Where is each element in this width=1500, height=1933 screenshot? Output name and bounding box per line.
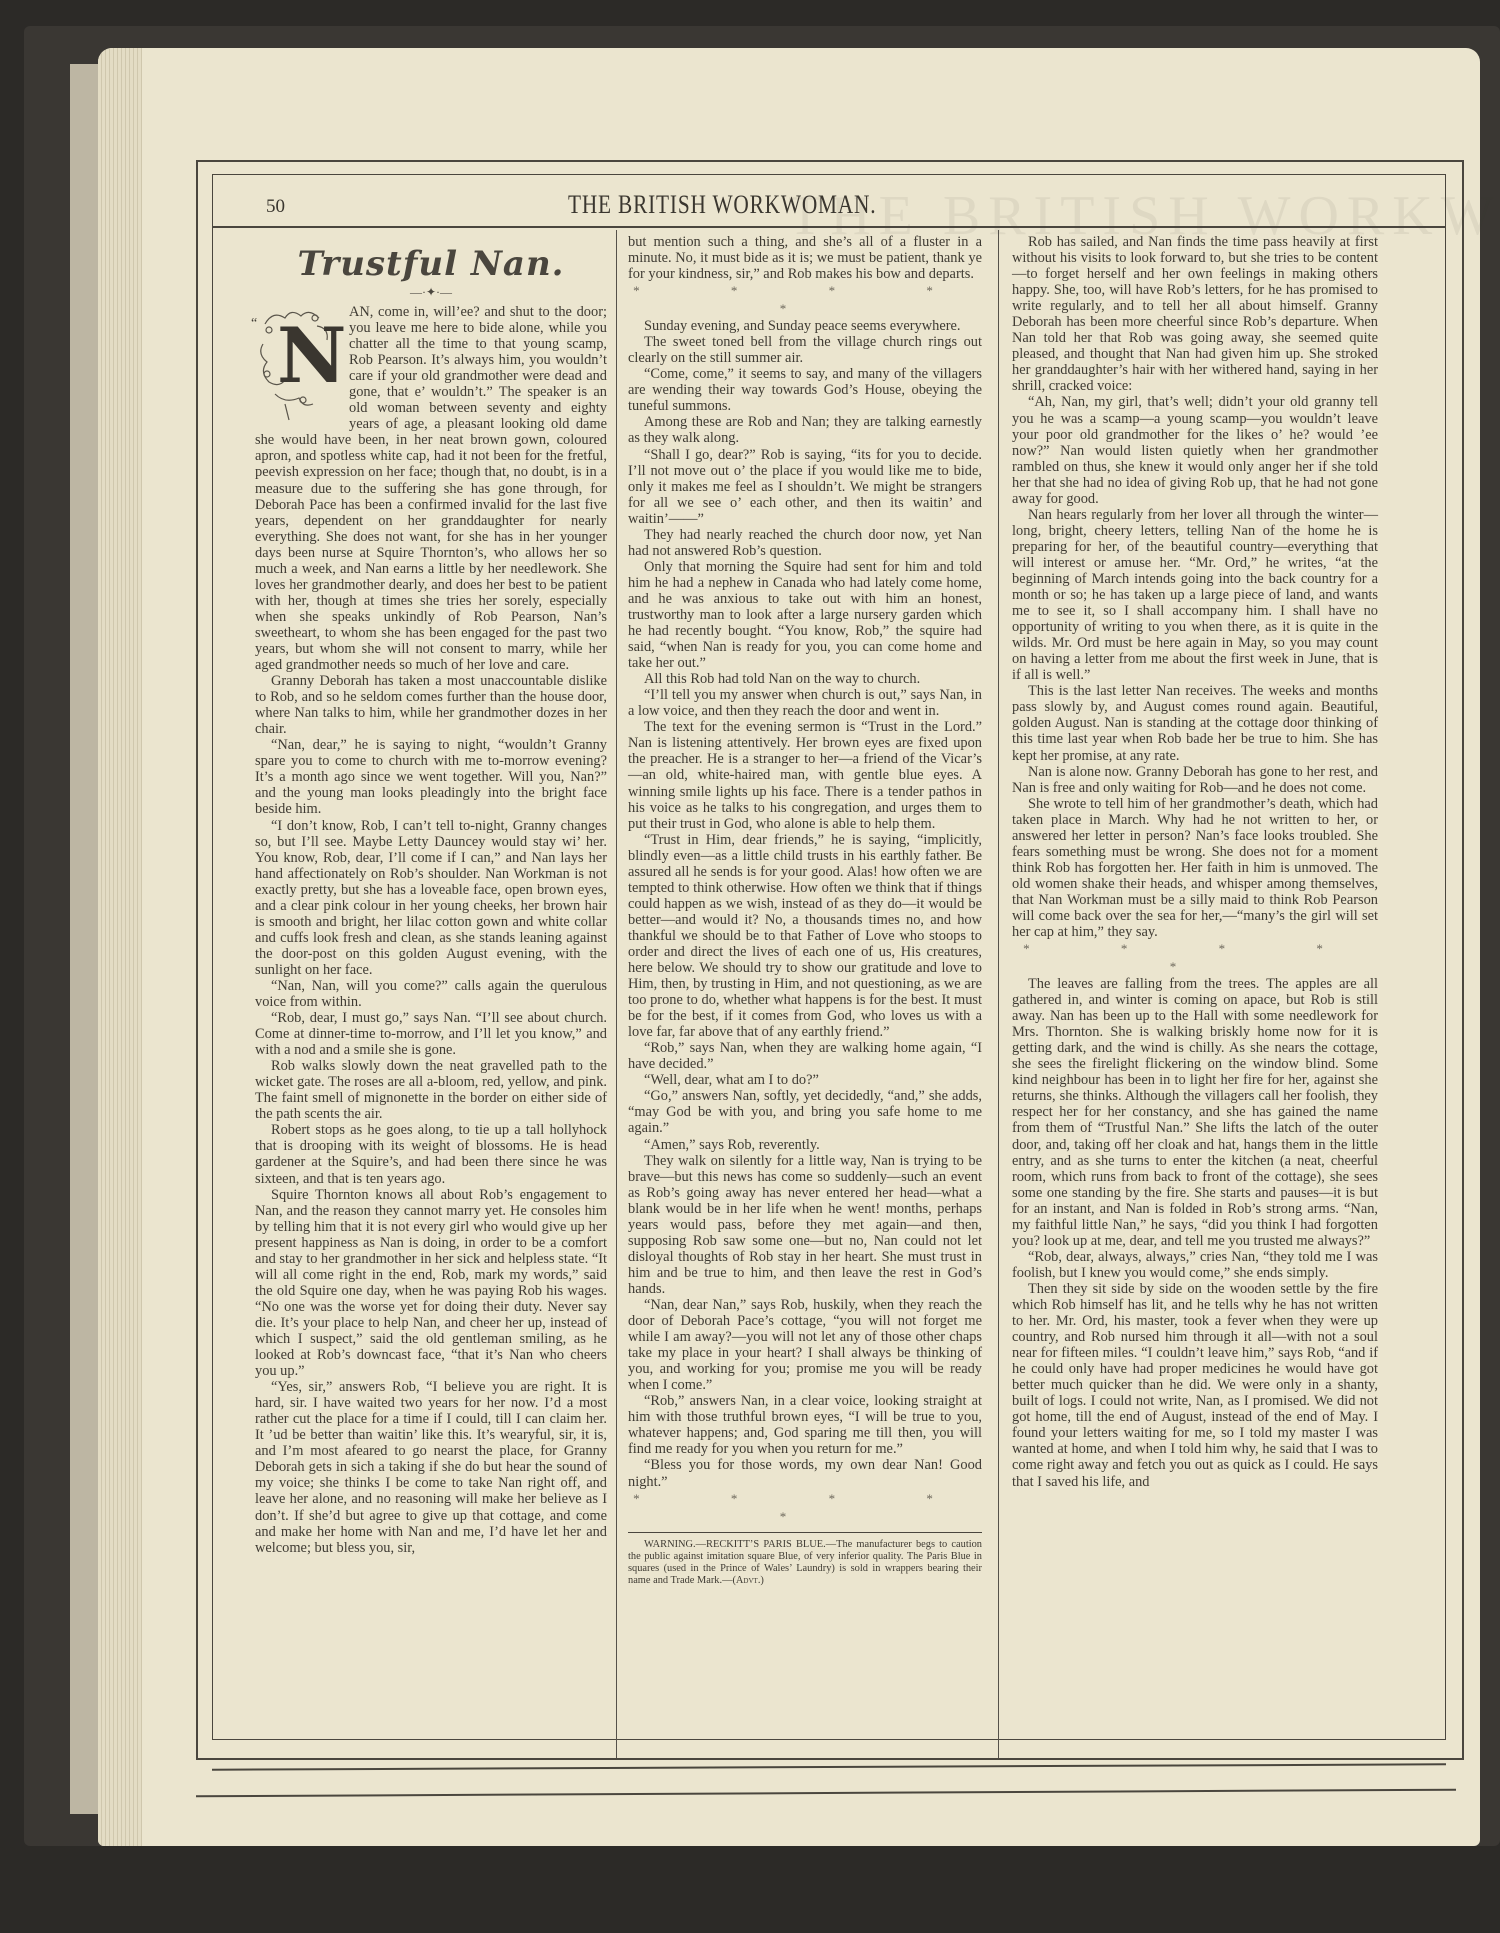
column-divider-1: [616, 230, 617, 1758]
paragraph: “Rob,” answers Nan, in a clear voice, lo…: [628, 1393, 982, 1457]
page-edges: [98, 48, 142, 1846]
column-1: Trustful Nan. —·✦·— “ N AN, come in, wil…: [255, 238, 607, 1556]
section-separator: * * * * *: [628, 1490, 982, 1526]
paragraph: but mention such a thing, and she’s all …: [628, 234, 982, 282]
paragraph: “Amen,” says Rob, reverently.: [628, 1137, 982, 1153]
paragraph: “Nan, dear,” he is saying to night, “wou…: [255, 737, 607, 817]
paragraph: “Rob, dear, I must go,” says Nan. “I’ll …: [255, 1010, 607, 1058]
paragraph: “Well, dear, what am I to do?”: [628, 1072, 982, 1088]
paragraph: Squire Thornton knows all about Rob’s en…: [255, 1187, 607, 1380]
page-number: 50: [266, 196, 285, 218]
paragraph: Robert stops as he goes along, to tie up…: [255, 1122, 607, 1186]
paragraph: “Rob,” says Nan, when they are walking h…: [628, 1040, 982, 1072]
paragraph: “Go,” answers Nan, softly, yet decidedly…: [628, 1088, 982, 1136]
dropcap-letter: N: [277, 318, 346, 394]
ad-tag: (Advt.): [732, 1575, 763, 1586]
paragraph: “Bless you for those words, my own dear …: [628, 1457, 982, 1489]
paragraph: They walk on silently for a little way, …: [628, 1153, 982, 1297]
open-quote: “: [251, 316, 257, 332]
paragraph: Rob walks slowly down the neat gravelled…: [255, 1058, 607, 1122]
paragraph: “Nan, dear Nan,” says Rob, huskily, when…: [628, 1297, 982, 1393]
paragraph: Nan hears regularly from her lover all t…: [1012, 507, 1378, 684]
paragraph: Only that morning the Squire had sent fo…: [628, 559, 982, 671]
paragraph: They had nearly reached the church door …: [628, 527, 982, 559]
paragraph: She wrote to tell him of her grandmother…: [1012, 796, 1378, 940]
paragraph: The sweet toned bell from the village ch…: [628, 334, 982, 366]
paragraph: “Nan, Nan, will you come?” calls again t…: [255, 978, 607, 1010]
column-2: but mention such a thing, and she’s all …: [628, 234, 982, 1587]
paragraph: Granny Deborah has taken a most unaccoun…: [255, 673, 607, 737]
section-separator: * * * * *: [628, 282, 982, 318]
column-divider-2: [998, 230, 999, 1758]
paragraph: Nan is alone now. Granny Deborah has gon…: [1012, 764, 1378, 796]
paragraph: “Come, come,” it seems to say, and many …: [628, 366, 982, 414]
paragraph: Among these are Rob and Nan; they are ta…: [628, 414, 982, 446]
paragraph: Sunday evening, and Sunday peace seems e…: [628, 318, 982, 334]
paragraph: Then they sit side by side on the wooden…: [1012, 1281, 1378, 1490]
article-title: Trustful Nan.: [255, 244, 607, 284]
column-3: Rob has sailed, and Nan finds the time p…: [1012, 234, 1378, 1490]
paragraph: “Shall I go, dear?” Rob is saying, “its …: [628, 447, 982, 527]
masthead: THE BRITISH WORKWOMAN.: [568, 190, 876, 220]
paragraph: This is the last letter Nan receives. Th…: [1012, 683, 1378, 763]
ornamental-dropcap: “ N: [255, 304, 343, 422]
paragraph: “I’ll tell you my answer when church is …: [628, 687, 982, 719]
advertisement: WARNING.—RECKITT’S PARIS BLUE.—The manuf…: [628, 1532, 982, 1587]
paragraph: The text for the evening sermon is “Trus…: [628, 719, 982, 831]
paragraph: Rob has sailed, and Nan finds the time p…: [1012, 234, 1378, 394]
paragraph: “Yes, sir,” answers Rob, “I believe you …: [255, 1379, 607, 1556]
paragraph: The leaves are falling from the trees. T…: [1012, 976, 1378, 1249]
paragraph: “I don’t know, Rob, I can’t tell to-nigh…: [255, 818, 607, 978]
ad-heading: WARNING.—RECKITT’S PARIS BLUE.: [644, 1539, 826, 1550]
title-ornament: —·✦·—: [255, 286, 607, 298]
paragraph: “Trust in Him, dear friends,” he is sayi…: [628, 832, 982, 1041]
page-header: THE BRITISH WORKWOMAN 50 THE BRITISH WOR…: [228, 186, 1418, 228]
header-rule: [212, 226, 1446, 228]
section-separator: * * * * *: [1012, 940, 1378, 976]
paragraph: “Ah, Nan, my girl, that’s well; didn’t y…: [1012, 394, 1378, 506]
paragraph: “Rob, dear, always, always,” cries Nan, …: [1012, 1249, 1378, 1281]
paragraph: All this Rob had told Nan on the way to …: [628, 671, 982, 687]
